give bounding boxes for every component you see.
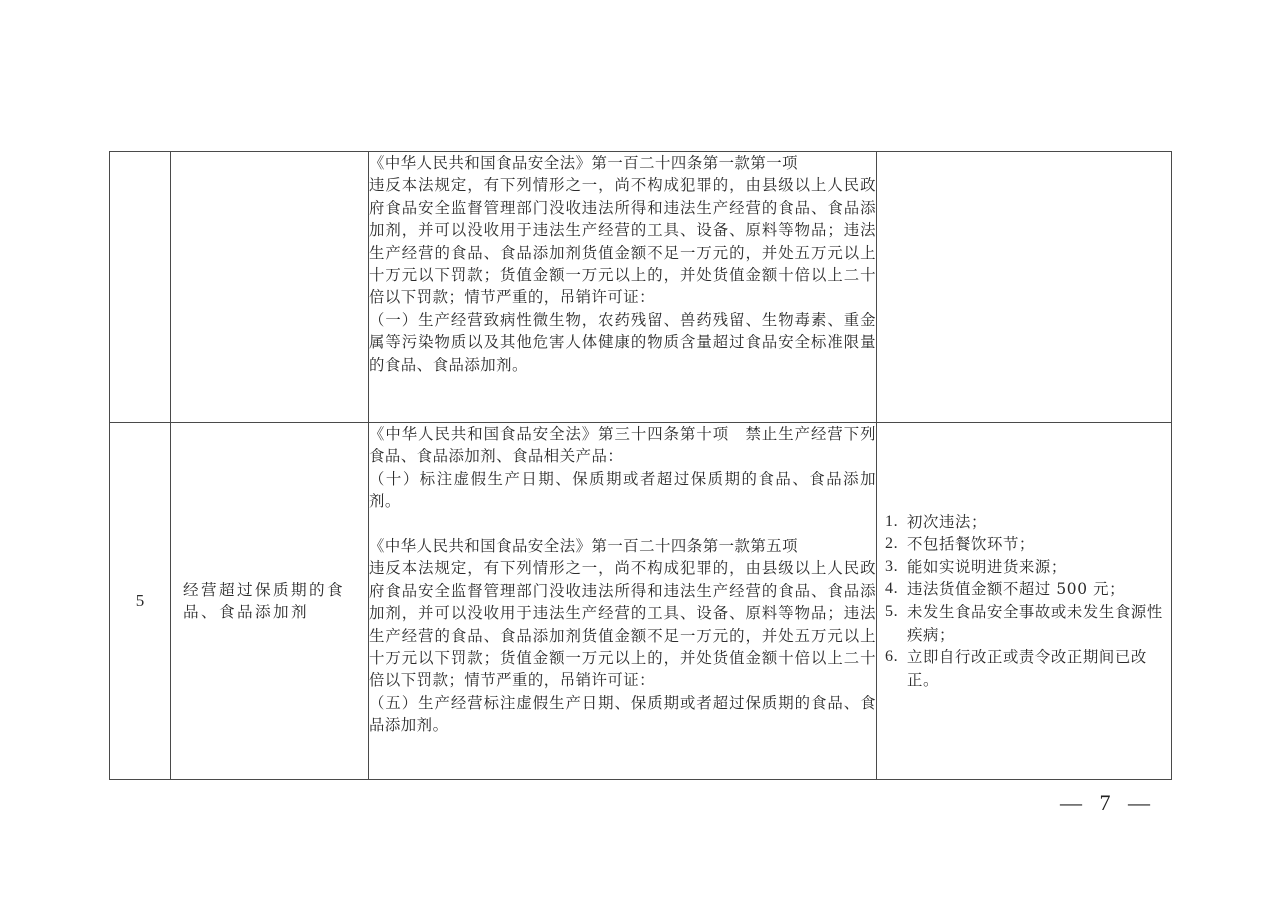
condition-text: 能如实说明进货来源；: [907, 556, 1165, 579]
row-number: 5: [110, 423, 171, 780]
condition-number: 2.: [885, 533, 898, 556]
condition-text: 未发生食品安全事故或未发生食源性疾病；: [907, 601, 1165, 646]
legal-basis: 《中华人民共和国食品安全法》第三十四条第十项 禁止生产经营下列食品、食品添加剂、…: [369, 423, 877, 780]
condition-item: 4.违法货值金额不超过 500 元；: [885, 578, 1165, 601]
violation-item: 经营超过保质期的食品、食品添加剂: [171, 423, 369, 780]
basis-citation: 《中华人民共和国食品安全法》第一百二十四条第一款第一项: [369, 152, 876, 174]
condition-text: 立即自行改正或责令改正期间已改正。: [907, 646, 1165, 691]
condition-item: 3.能如实说明进货来源；: [885, 556, 1165, 579]
basis-clause: （五）生产经营标注虚假生产日期、保质期或者超过保质期的食品、食品添加剂。: [369, 692, 876, 737]
condition-text: 初次违法；: [907, 511, 1165, 534]
basis-citation: 《中华人民共和国食品安全法》第一百二十四条第一款第五项: [369, 535, 876, 557]
exemption-conditions: [877, 152, 1172, 423]
basis-clause: （一）生产经营致病性微生物，农药残留、兽药残留、生物毒素、重金属等污染物质以及其…: [369, 309, 876, 376]
condition-number: 4.: [885, 578, 898, 601]
violation-item: [171, 152, 369, 423]
exemption-conditions: 1.初次违法； 2.不包括餐饮环节； 3.能如实说明进货来源； 4.违法货值金额…: [877, 423, 1172, 780]
condition-number: 1.: [885, 511, 898, 534]
condition-text: 违法货值金额不超过 500 元；: [907, 578, 1165, 601]
condition-number: 6.: [885, 646, 898, 669]
condition-number: 5.: [885, 601, 898, 624]
condition-text: 不包括餐饮环节；: [907, 533, 1165, 556]
condition-number: 3.: [885, 556, 898, 579]
condition-item: 6.立即自行改正或责令改正期间已改正。: [885, 646, 1165, 691]
condition-list: 1.初次违法； 2.不包括餐饮环节； 3.能如实说明进货来源； 4.违法货值金额…: [885, 511, 1165, 692]
penalty-table: 《中华人民共和国食品安全法》第一百二十四条第一款第一项 违反本法规定，有下列情形…: [109, 151, 1172, 780]
legal-basis: 《中华人民共和国食品安全法》第一百二十四条第一款第一项 违反本法规定，有下列情形…: [369, 152, 877, 423]
row-number: [110, 152, 171, 423]
condition-item: 5.未发生食品安全事故或未发生食源性疾病；: [885, 601, 1165, 646]
basis-citation: 《中华人民共和国食品安全法》第三十四条第十项 禁止生产经营下列食品、食品添加剂、…: [369, 423, 876, 468]
basis-text: 违反本法规定，有下列情形之一，尚不构成犯罪的，由县级以上人民政府食品安全监督管理…: [369, 557, 876, 691]
condition-item: 2.不包括餐饮环节；: [885, 533, 1165, 556]
page-number: — 7 —: [1060, 790, 1156, 816]
basis-text: 违反本法规定，有下列情形之一，尚不构成犯罪的，由县级以上人民政府食品安全监督管理…: [369, 174, 876, 308]
table-row: 《中华人民共和国食品安全法》第一百二十四条第一款第一项 违反本法规定，有下列情形…: [110, 152, 1172, 423]
table-row: 5 经营超过保质期的食品、食品添加剂 《中华人民共和国食品安全法》第三十四条第十…: [110, 423, 1172, 780]
basis-clause: （十）标注虚假生产日期、保质期或者超过保质期的食品、食品添加剂。: [369, 468, 876, 513]
paragraph-gap: [369, 513, 876, 535]
document-page: 《中华人民共和国食品安全法》第一百二十四条第一款第一项 违反本法规定，有下列情形…: [0, 0, 1280, 905]
condition-item: 1.初次违法；: [885, 511, 1165, 534]
